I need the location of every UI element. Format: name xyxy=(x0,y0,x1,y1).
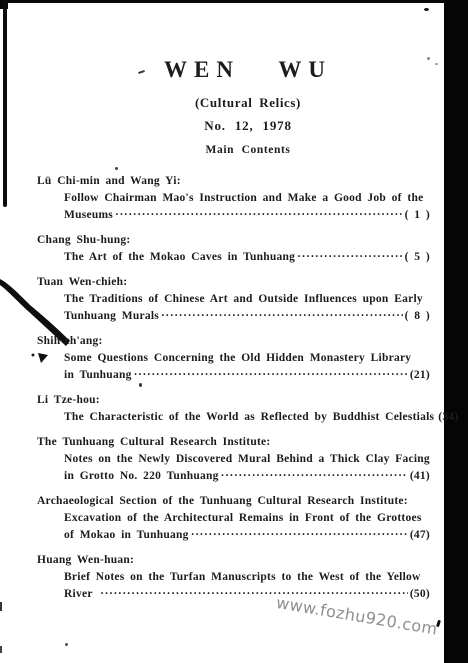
toc-entry-line: The Traditions of Chinese Art and Outsid… xyxy=(37,291,430,308)
toc-entry-page-number: (50) xyxy=(410,586,430,603)
dot-leader: ········································… xyxy=(134,367,408,384)
toc-entry-2: Chang Shu-hung: The Art of the Mokao Cav… xyxy=(37,232,430,266)
toc-entry-line: Brief Notes on the Turfan Manuscripts to… xyxy=(37,569,430,586)
scan-speck xyxy=(0,646,2,653)
toc-entry-line: Notes on the Newly Discovered Mural Behi… xyxy=(37,451,430,468)
toc-entry-last-line: River xyxy=(64,586,98,603)
toc-entry-author: Li Tze-hou: xyxy=(37,392,430,409)
toc-entry-leader-row: The Characteristic of the World as Refle… xyxy=(37,409,430,426)
toc-entry-leader-row: Museums ································… xyxy=(37,207,430,224)
toc-entry-1: Lü Chi-min and Wang Yi: Follow Chairman … xyxy=(37,173,430,224)
toc-entry-last-line: of Mokao in Tunhuang xyxy=(64,527,189,544)
toc-entry-leader-row: in Tunhuang ····························… xyxy=(37,367,430,384)
toc-entry-page-number: (34) xyxy=(438,409,458,426)
scan-speck xyxy=(0,602,2,611)
toc-entry-author: Chang Shu-hung: xyxy=(37,232,430,249)
scan-speck xyxy=(424,8,429,11)
toc-entry-page-number: ( 8 ) xyxy=(405,308,430,325)
toc-entry-leader-row: in Grotto No. 220 Tunhuang ·············… xyxy=(37,468,430,485)
toc-entry-page-number: ( 5 ) xyxy=(405,249,430,266)
toc-entry-7: Archaeological Section of the Tunhuang C… xyxy=(37,493,430,544)
toc-entry-author: Lü Chi-min and Wang Yi: xyxy=(37,173,430,190)
toc-entry-page-number: (41) xyxy=(410,468,430,485)
journal-subtitle: (Cultural Relics) xyxy=(24,95,468,111)
toc-entry-line: Follow Chairman Mao's Instruction and Ma… xyxy=(37,190,430,207)
toc-entry-author: Huang Wen-huan: xyxy=(37,552,430,569)
toc-entry-author: Shih-ch'ang: xyxy=(37,333,430,350)
scan-speck xyxy=(65,643,68,646)
toc-entry-last-line: in Tunhuang xyxy=(64,367,132,384)
toc-entry-last-line: Tunhuang Murals xyxy=(64,308,159,325)
toc-entry-page-number: ( 1 ) xyxy=(405,207,430,224)
dot-leader: ········································… xyxy=(221,468,408,485)
toc-entry-page-number: (21) xyxy=(410,367,430,384)
toc-entry-leader-row: River ··································… xyxy=(37,586,430,603)
scan-edge-top xyxy=(0,0,468,3)
issue-number: No. 12, 1978 xyxy=(24,118,468,134)
toc-entry-8: Huang Wen-huan: Brief Notes on the Turfa… xyxy=(37,552,430,603)
dot-leader: ········································… xyxy=(161,308,403,325)
toc-entry-last-line: Museums xyxy=(64,207,113,224)
toc-entry-4: Shih-ch'ang: Some Questions Concerning t… xyxy=(37,333,430,384)
toc-entry-leader-row: Tunhuang Murals ························… xyxy=(37,308,430,325)
toc-entry-last-line: in Grotto No. 220 Tunhuang xyxy=(64,468,219,485)
toc-entry-leader-row: The Art of the Mokao Caves in Tunhuang ·… xyxy=(37,249,430,266)
contents-heading: Main Contents xyxy=(24,144,468,156)
toc-entry-author: Tuan Wen-chieh: xyxy=(37,274,430,291)
journal-title: WEN WU xyxy=(24,57,468,83)
table-of-contents: Lü Chi-min and Wang Yi: Follow Chairman … xyxy=(37,173,430,611)
scan-speck xyxy=(115,167,118,170)
toc-entry-3: Tuan Wen-chieh: The Traditions of Chines… xyxy=(37,274,430,325)
toc-entry-page-number: (47) xyxy=(410,527,430,544)
toc-entry-leader-row: of Mokao in Tunhuang ···················… xyxy=(37,527,430,544)
scanned-contents-page: WEN WU (Cultural Relics) No. 12, 1978 Ma… xyxy=(0,0,468,663)
dot-leader: ········································… xyxy=(115,207,403,224)
toc-entry-line: Some Questions Concerning the Old Hidden… xyxy=(37,350,430,367)
dot-leader: ········································… xyxy=(191,527,408,544)
toc-entry-last-line: The Characteristic of the World as Refle… xyxy=(64,409,434,426)
scan-edge-left-line xyxy=(3,0,7,207)
toc-entry-5: Li Tze-hou: The Characteristic of the Wo… xyxy=(37,392,430,426)
toc-entry-6: The Tunhuang Cultural Research Institute… xyxy=(37,434,430,485)
dot-leader: ········································… xyxy=(100,586,408,603)
toc-entry-line: Excavation of the Architectural Remains … xyxy=(37,510,430,527)
toc-entry-author: Archaeological Section of the Tunhuang C… xyxy=(37,493,430,510)
toc-entry-author: The Tunhuang Cultural Research Institute… xyxy=(37,434,430,451)
toc-entry-last-line: The Art of the Mokao Caves in Tunhuang xyxy=(64,249,295,266)
dot-leader: ········································… xyxy=(297,249,402,266)
